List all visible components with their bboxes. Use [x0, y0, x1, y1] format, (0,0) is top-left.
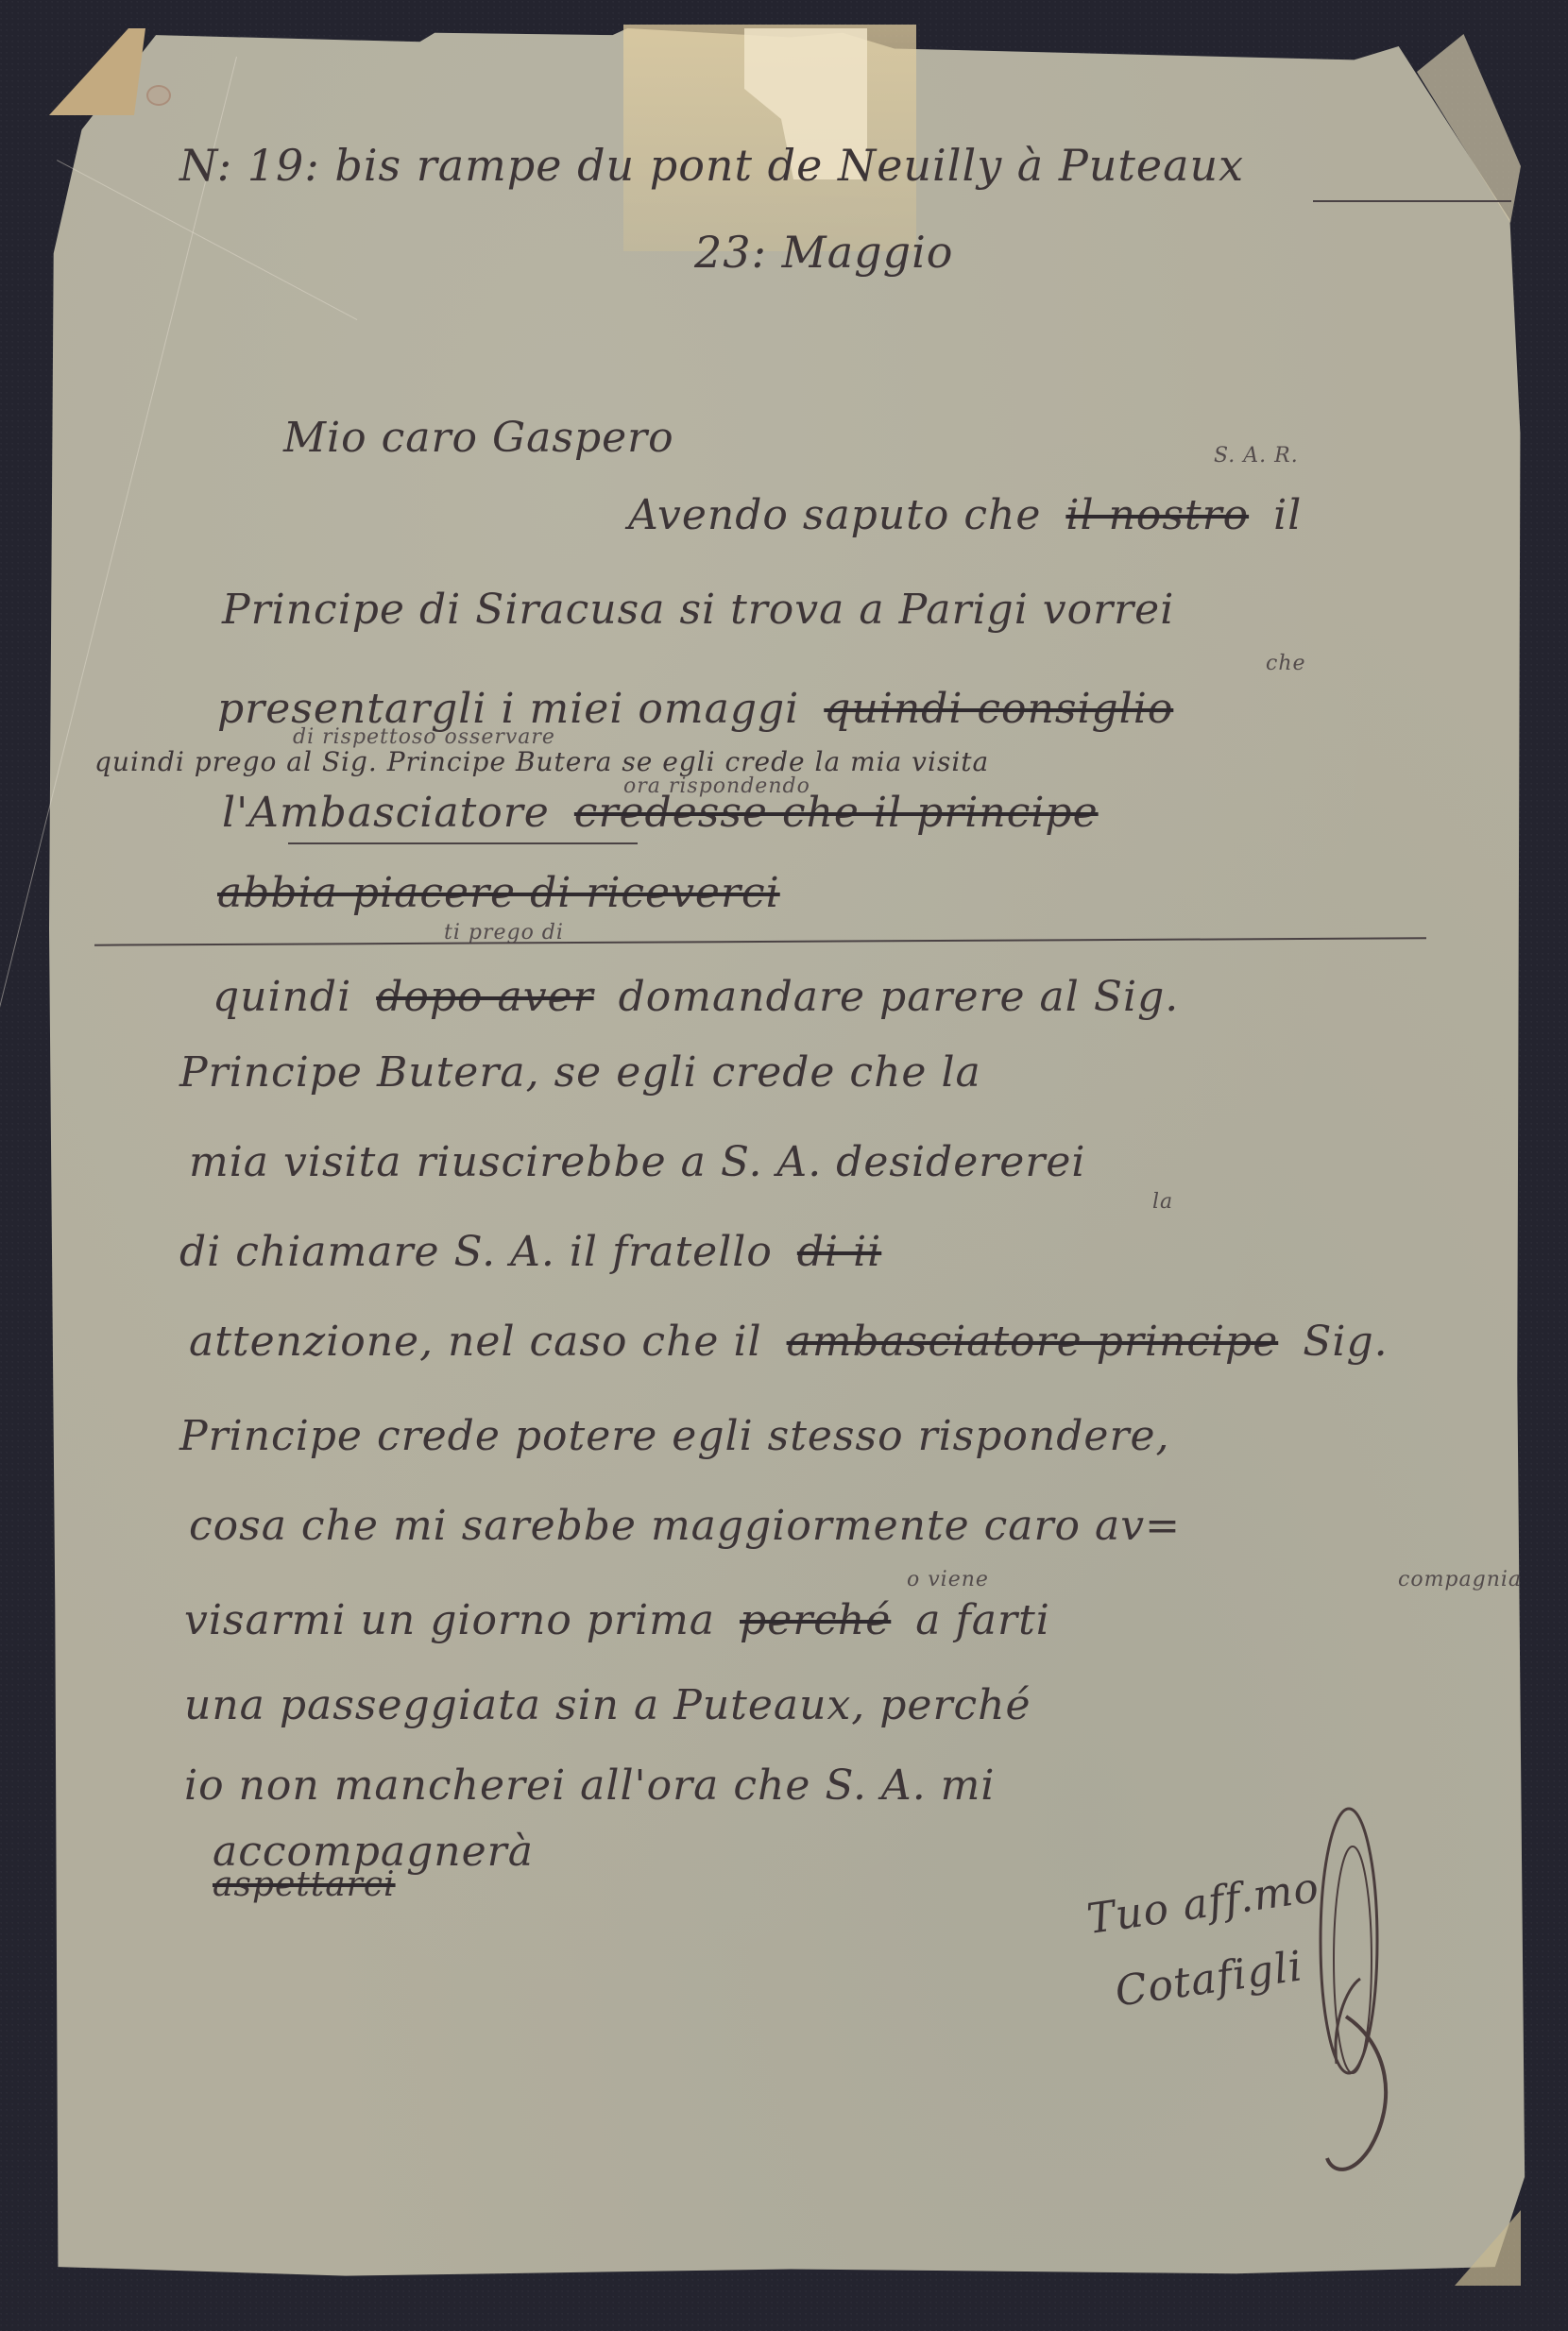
letter-line: Principe Butera, se egli crede che la	[179, 1048, 981, 1097]
line-text: Avendo saputo che	[628, 491, 1041, 539]
margin-insert: compagnia	[1398, 1568, 1522, 1591]
date-line: 23: Maggio	[694, 227, 953, 278]
address-underline	[1313, 200, 1511, 202]
letter-line: visarmi un giorno primaperchéa farti	[184, 1596, 1075, 1644]
struck-text: dopo aver	[376, 973, 593, 1021]
letter-line: mia visita riuscirebbe a S. A. desiderer…	[189, 1138, 1085, 1186]
stain-mark	[146, 85, 171, 106]
line-text-after: il	[1273, 491, 1302, 539]
letter-line: di chiamare S. A. il fratellodi ii	[179, 1228, 906, 1276]
struck-text: ambasciatore principe	[787, 1318, 1279, 1366]
letter-line: io non mancherei all'ora che S. A. mi	[184, 1761, 995, 1810]
line-text-after: a farti	[915, 1596, 1050, 1644]
letter-line: Principe di Siracusa si trova a Parigi v…	[222, 586, 1174, 634]
interlinear-line: quindi prego al Sig. Principe Butera se …	[94, 746, 989, 777]
letter-line: quindidopo averdomandare parere al Sig.	[213, 973, 1203, 1021]
line-text-after: Sig.	[1303, 1318, 1388, 1366]
line-text: attenzione, nel caso che il	[189, 1318, 762, 1366]
line-text-after: domandare parere al Sig.	[619, 973, 1180, 1021]
struck-line: abbia piacere di riceverci	[217, 869, 780, 917]
line-text: l'Ambasciatore	[222, 789, 550, 837]
line-text: visarmi un giorno prima	[184, 1596, 715, 1644]
letter-line: una passeggiata sin a Puteaux, perché	[184, 1681, 1031, 1729]
struck-text: di ii	[797, 1228, 881, 1276]
interlinear-insert: la	[1152, 1190, 1173, 1214]
struck-text: credesse che il principe	[574, 789, 1099, 837]
letter-line: Principe crede potere egli stesso rispon…	[179, 1412, 1170, 1460]
ambasciatore-underline	[288, 842, 638, 844]
closing-line-2: Cotafigli	[1112, 1942, 1305, 2016]
salutation: Mio caro Gaspero	[283, 414, 674, 462]
letter-line: Avendo saputo cheil nostroil	[628, 491, 1326, 539]
interlinear-insert: o viene	[907, 1568, 989, 1591]
line-text: quindi	[213, 973, 351, 1021]
address-line: N: 19: bis rampe du pont de Neuilly à Pu…	[179, 140, 1244, 191]
closing-line-1: Tuo aff.mo	[1084, 1863, 1322, 1944]
letter-line: attenzione, nel caso che ilambasciatore …	[189, 1318, 1413, 1366]
struck-text: quindi consiglio	[824, 685, 1173, 733]
struck-text: perché	[740, 1596, 891, 1644]
line-text: di chiamare S. A. il fratello	[179, 1228, 773, 1276]
letter-line: l'Ambasciatorecredesse che il principe	[222, 789, 1123, 837]
signature-flourish-icon	[1294, 1799, 1407, 2196]
letter-line: cosa che mi sarebbe maggiormente caro av…	[189, 1502, 1181, 1550]
struck-line: aspettarci	[213, 1865, 396, 1904]
interlinear-insert: S. A. R.	[1214, 444, 1299, 468]
interlinear-insert: che	[1266, 652, 1306, 675]
struck-text: il nostro	[1065, 491, 1249, 539]
